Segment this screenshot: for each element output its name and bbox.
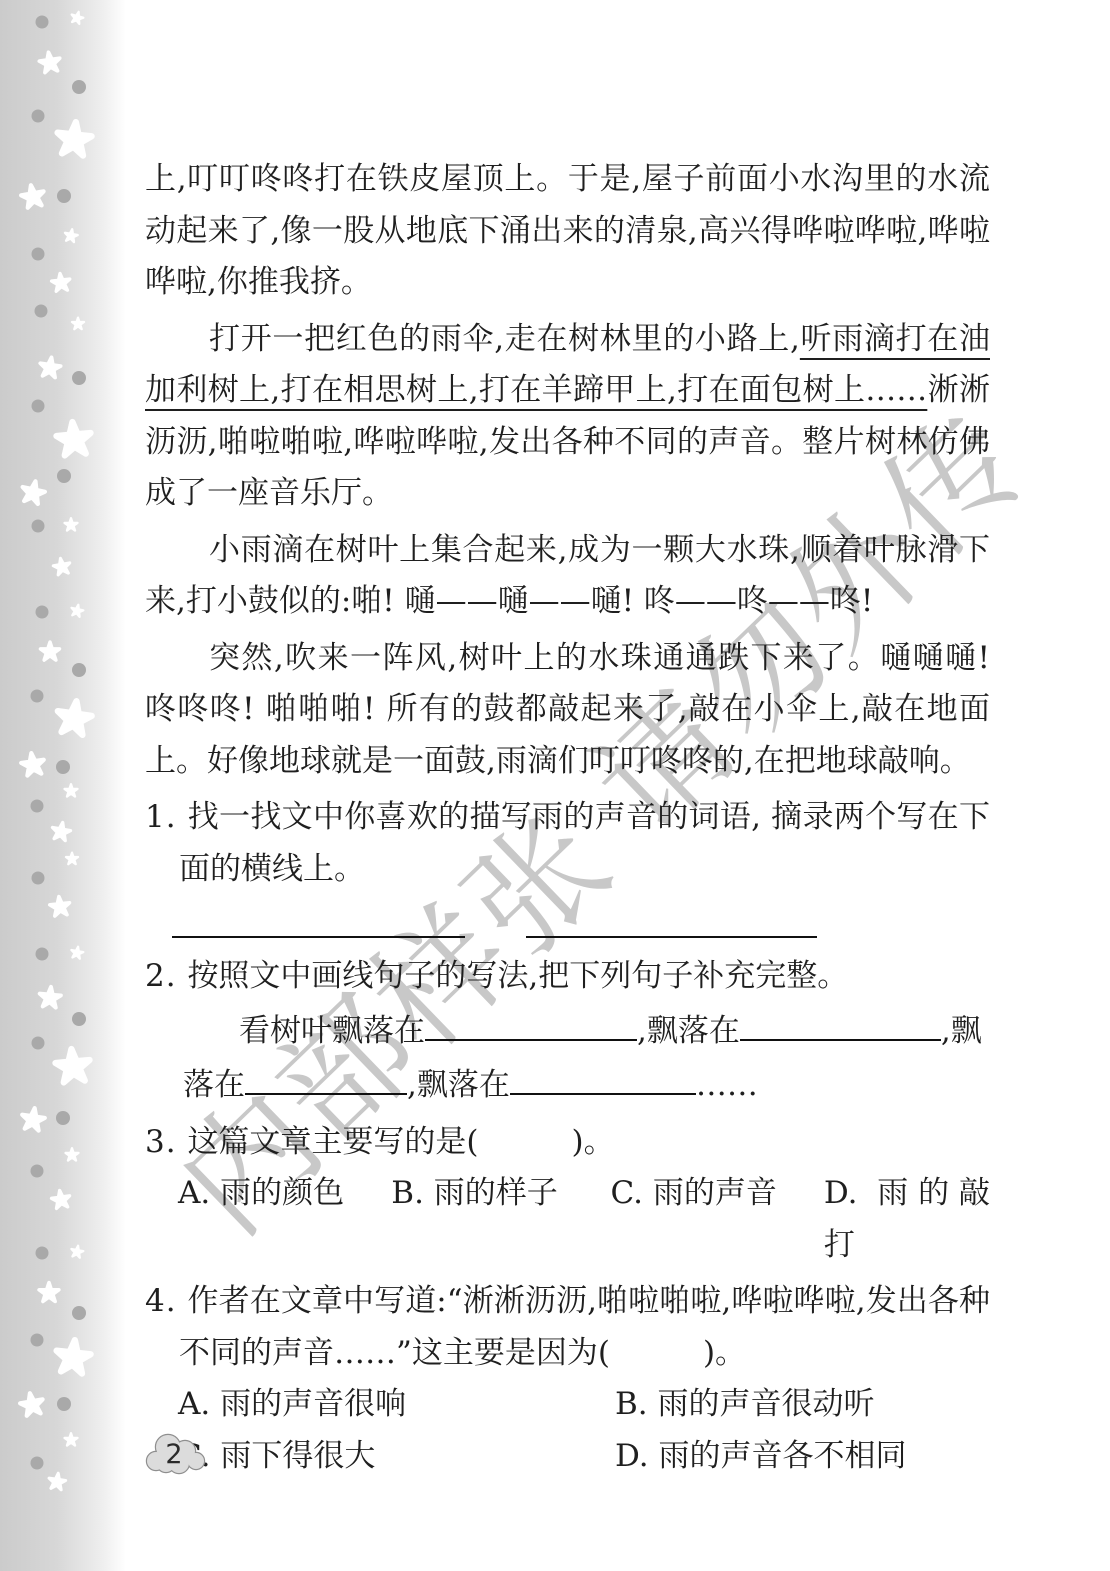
star-icon (16, 1103, 50, 1137)
question-list: 1. 找一找文中你喜欢的描写雨的声音的词语, 摘录两个写在下面的横线上。2. 按… (145, 792, 990, 1482)
dot-icon (72, 371, 86, 385)
options-row: A. 雨的颜色B. 雨的样子C. 雨的声音D. 雨的敲打 (178, 1168, 990, 1271)
star-icon (35, 983, 65, 1013)
star-icon (68, 1243, 87, 1262)
question-text: 作者在文章中写道:“淅淅沥沥,啪啦啪啦,哗啦哗啦,发出各种不同的声音……”这主要… (179, 1283, 990, 1371)
dot-icon (31, 1334, 44, 1347)
question-stem: 4. 作者在文章中写道:“淅淅沥沥,啪啦啪啦,哗啦哗啦,发出各种不同的声音……”… (145, 1276, 990, 1379)
dot-icon (32, 1037, 45, 1050)
question-number: 2. (145, 958, 187, 994)
fill-text: ,飘落在 (407, 1067, 510, 1103)
option-D: D. 雨的声音各不相同 (615, 1431, 906, 1483)
dot-icon (31, 690, 44, 703)
fill-in-line: 落在,飘落在…… (183, 1057, 990, 1112)
star-icon (38, 640, 63, 665)
option-C: C. 雨下得很大 (178, 1431, 615, 1483)
options-row: C. 雨下得很大D. 雨的声音各不相同 (178, 1431, 990, 1483)
option-B: B. 雨的声音很动听 (615, 1379, 875, 1431)
star-icon (67, 8, 87, 28)
question-text: 按照文中画线句子的写法,把下列句子补充完整。 (187, 958, 848, 994)
options-row: A. 雨的声音很响B. 雨的声音很动听 (178, 1379, 990, 1431)
star-icon (68, 944, 87, 963)
star-icon (47, 1186, 74, 1213)
dot-icon (36, 948, 49, 961)
option-A: A. 雨的声音很响 (178, 1379, 615, 1431)
star-icon (68, 602, 87, 621)
passage-paragraph: 突然,吹来一阵风,树叶上的水珠通通跌下来了。嗵嗵嗵! 咚咚咚! 啪啪啪! 所有的… (145, 633, 990, 788)
star-icon (16, 180, 51, 215)
passage-paragraph: 打开一把红色的雨伞,走在树林里的小路上,听雨滴打在油加利树上,打在相思树上,打在… (145, 314, 990, 520)
star-icon (63, 1432, 80, 1449)
dot-icon (35, 305, 48, 318)
passage-text: 小雨滴在树叶上集合起来,成为一颗大水珠,顺着叶脉滑下来,打小鼓似的:啪! 嗵——… (145, 532, 990, 620)
fill-text: …… (696, 1067, 758, 1103)
star-icon (47, 818, 75, 846)
worksheet-content: 上,叮叮咚咚打在铁皮屋顶上。于是,屋子前面小水沟里的水流动起来了,像一股从地底下… (145, 154, 990, 1487)
fill-blank (425, 1003, 637, 1041)
fill-blank (740, 1003, 941, 1041)
dot-icon (56, 1111, 70, 1125)
fill-blank (245, 1057, 407, 1095)
answer-blank-line (526, 895, 817, 938)
fill-text: 看树叶飘落在 (239, 1013, 425, 1049)
dot-icon (72, 1306, 86, 1320)
dot-icon (36, 1247, 49, 1260)
passage-text: 突然,吹来一阵风,树叶上的水珠通通跌下来了。嗵嗵嗵! 咚咚咚! 啪啪啪! 所有的… (145, 640, 990, 779)
star-icon (45, 1470, 70, 1495)
question-stem: 2. 按照文中画线句子的写法,把下列句子补充完整。 (145, 951, 990, 1003)
dot-icon (32, 248, 45, 261)
reading-passage: 上,叮叮咚咚打在铁皮屋顶上。于是,屋子前面小水沟里的水流动起来了,像一股从地底下… (145, 154, 990, 787)
question-stem: 1. 找一找文中你喜欢的描写雨的声音的词语, 摘录两个写在下面的横线上。 (145, 792, 990, 895)
answer-blank-line (172, 895, 465, 938)
page-number: 2 (154, 1439, 194, 1470)
dot-icon (31, 800, 44, 813)
answer-blanks-row (172, 895, 990, 938)
dot-icon (72, 663, 86, 677)
question-4: 4. 作者在文章中写道:“淅淅沥沥,啪啦啪啦,哗啦哗啦,发出各种不同的声音……”… (145, 1276, 990, 1482)
star-icon (35, 353, 65, 383)
question-2: 2. 按照文中画线句子的写法,把下列句子补充完整。看树叶飘落在,飘落在,飘落在,… (145, 951, 990, 1112)
dot-icon (32, 520, 45, 533)
dot-icon (31, 1165, 44, 1178)
dot-icon (57, 189, 71, 203)
fill-blank (510, 1057, 696, 1095)
star-icon (36, 1280, 62, 1306)
star-icon (61, 226, 81, 246)
fill-in-line: 看树叶飘落在,飘落在,飘 (239, 1003, 990, 1058)
dot-icon (56, 760, 70, 774)
dot-icon (57, 469, 71, 483)
dot-icon (36, 16, 49, 29)
fill-text: ,飘 (941, 1013, 982, 1049)
dot-icon (32, 400, 45, 413)
dot-icon (32, 110, 45, 123)
option-B: B. 雨的样子 (391, 1168, 610, 1271)
star-icon (49, 694, 100, 745)
dot-icon (31, 1457, 44, 1470)
question-1: 1. 找一找文中你喜欢的描写雨的声音的词语, 摘录两个写在下面的横线上。 (145, 792, 990, 938)
star-icon (15, 1388, 50, 1423)
sidebar-decoration-strip (0, 0, 126, 1571)
passage-paragraph: 小雨滴在树叶上集合起来,成为一颗大水珠,顺着叶脉滑下来,打小鼓似的:啪! 嗵——… (145, 525, 990, 628)
star-icon (64, 851, 80, 867)
option-D: D. 雨的敲打 (824, 1168, 990, 1271)
star-icon (63, 783, 80, 800)
option-A: A. 雨的颜色 (178, 1168, 391, 1271)
option-C: C. 雨的声音 (611, 1168, 824, 1271)
star-icon (49, 115, 98, 164)
question-3: 3. 这篇文章主要写的是( )。A. 雨的颜色B. 雨的样子C. 雨的声音D. … (145, 1117, 990, 1272)
question-number: 4. (145, 1283, 188, 1319)
question-number: 1. (145, 799, 188, 835)
question-stem: 3. 这篇文章主要写的是( )。 (145, 1117, 990, 1169)
star-icon (70, 316, 86, 332)
star-icon (15, 475, 51, 511)
passage-text: 打开一把红色的雨伞,走在树林里的小路上, (209, 321, 800, 357)
dot-icon (72, 1012, 86, 1026)
dot-icon (57, 1397, 71, 1411)
dot-icon (72, 80, 86, 94)
question-text: 这篇文章主要写的是( )。 (187, 1124, 614, 1160)
fill-text: ,飘落在 (637, 1013, 740, 1049)
star-icon (35, 48, 65, 78)
star-icon (63, 517, 80, 534)
dot-icon (36, 606, 49, 619)
fill-text: 落在 (183, 1067, 245, 1103)
star-icon (46, 893, 75, 922)
star-icon (50, 416, 99, 465)
star-icon (48, 1333, 97, 1382)
star-icon (49, 1043, 98, 1092)
question-number: 3. (145, 1124, 187, 1160)
star-icon (48, 270, 74, 296)
passage-paragraph: 上,叮叮咚咚打在铁皮屋顶上。于是,屋子前面小水沟里的水流动起来了,像一股从地底下… (145, 154, 990, 309)
passage-text: 上,叮叮咚咚打在铁皮屋顶上。于是,屋子前面小水沟里的水流动起来了,像一股从地底下… (145, 161, 990, 300)
question-text: 找一找文中你喜欢的描写雨的声音的词语, 摘录两个写在下面的横线上。 (179, 799, 990, 887)
star-icon (16, 748, 50, 782)
star-icon (49, 554, 74, 579)
page-number-cloud: 2 (141, 1431, 207, 1478)
star-icon (64, 1147, 81, 1164)
dot-icon (32, 872, 45, 885)
